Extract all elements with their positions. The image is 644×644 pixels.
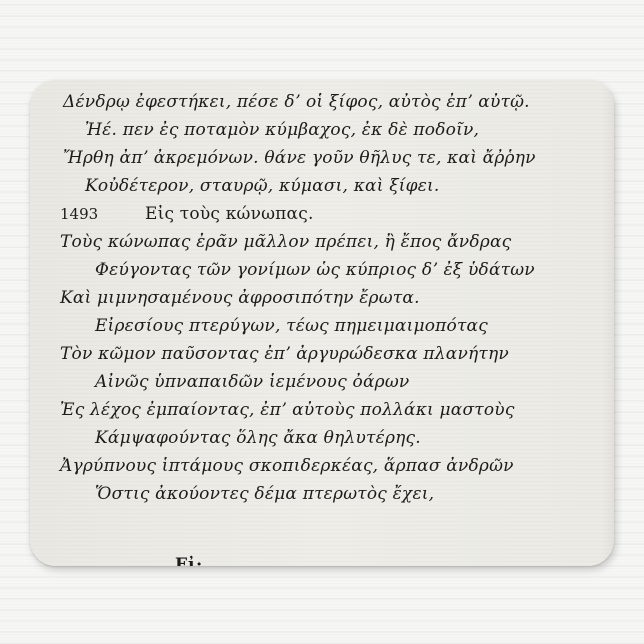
text-line-7: Φεύγοντας τῶν γονίμων ὡς κύπριος δʼ ἐξ ὑ… bbox=[95, 260, 535, 280]
text-line-2: Ἠέ. πεν ἐς ποταμὸν κύμβαχος, ἐκ δὲ ποδοῖ… bbox=[85, 120, 479, 140]
marginal-number: 1493 bbox=[60, 204, 98, 224]
mousepad: Δένδρῳ ἐφεστήκει, πέσε δʼ οἱ ξίφος, αὐτὸ… bbox=[30, 80, 614, 566]
text-line-4: Κοὐδέτερον, σταυρῷ, κύμασι, καὶ ξίφει. bbox=[85, 176, 440, 196]
text-line-1: Δένδρῳ ἐφεστήκει, πέσε δʼ οἱ ξίφος, αὐτὸ… bbox=[63, 92, 530, 112]
printed-greek-page: Δένδρῳ ἐφεστήκει, πέσε δʼ οἱ ξίφος, αὐτὸ… bbox=[30, 80, 614, 566]
text-line-3: Ἤρθη ἀπʼ ἀκρεμόνων. θάνε γοῦν θῆλυς τε, … bbox=[63, 148, 536, 168]
text-line-10: Τὸν κῶμον παῦσοντας ἐπʼ ἀργυρώδεσκα πλαν… bbox=[60, 344, 509, 364]
section-heading: Εἰς τοὺς κώνωπας. bbox=[145, 204, 314, 224]
text-line-11: Αἰνῶς ὑπναπαιδῶν ἱεμένους ὀάρων bbox=[95, 372, 409, 392]
text-line-9: Εἰρεσίους πτερύγων, τέως πημειμαιμοπότας bbox=[95, 316, 488, 336]
text-line-6: Τοὺς κώνωπας ἐρᾶν μᾶλλον πρέπει, ἢ ἔπος … bbox=[60, 232, 511, 252]
text-line-12: Ἐς λέχος ἐμπαίοντας, ἐπʼ αὐτοὺς πολλάκι … bbox=[60, 400, 515, 420]
text-line-14: Ἀγρύπνους ἱπτάμους σκοπιδερκέας, ἅρπασ ἀ… bbox=[60, 456, 514, 476]
text-line-8: Καὶ μιμνησαμένους ἀφροσιπότην ἔρωτα. bbox=[60, 288, 420, 308]
text-line-13: Κάμψαφούντας ὅλης ἄκα θηλυτέρης. bbox=[95, 428, 421, 448]
cutoff-heading: Εἰ· bbox=[175, 550, 202, 566]
text-line-15: Ὅστις ἀκούοντες δέμα πτερωτὸς ἔχει, bbox=[95, 484, 434, 504]
